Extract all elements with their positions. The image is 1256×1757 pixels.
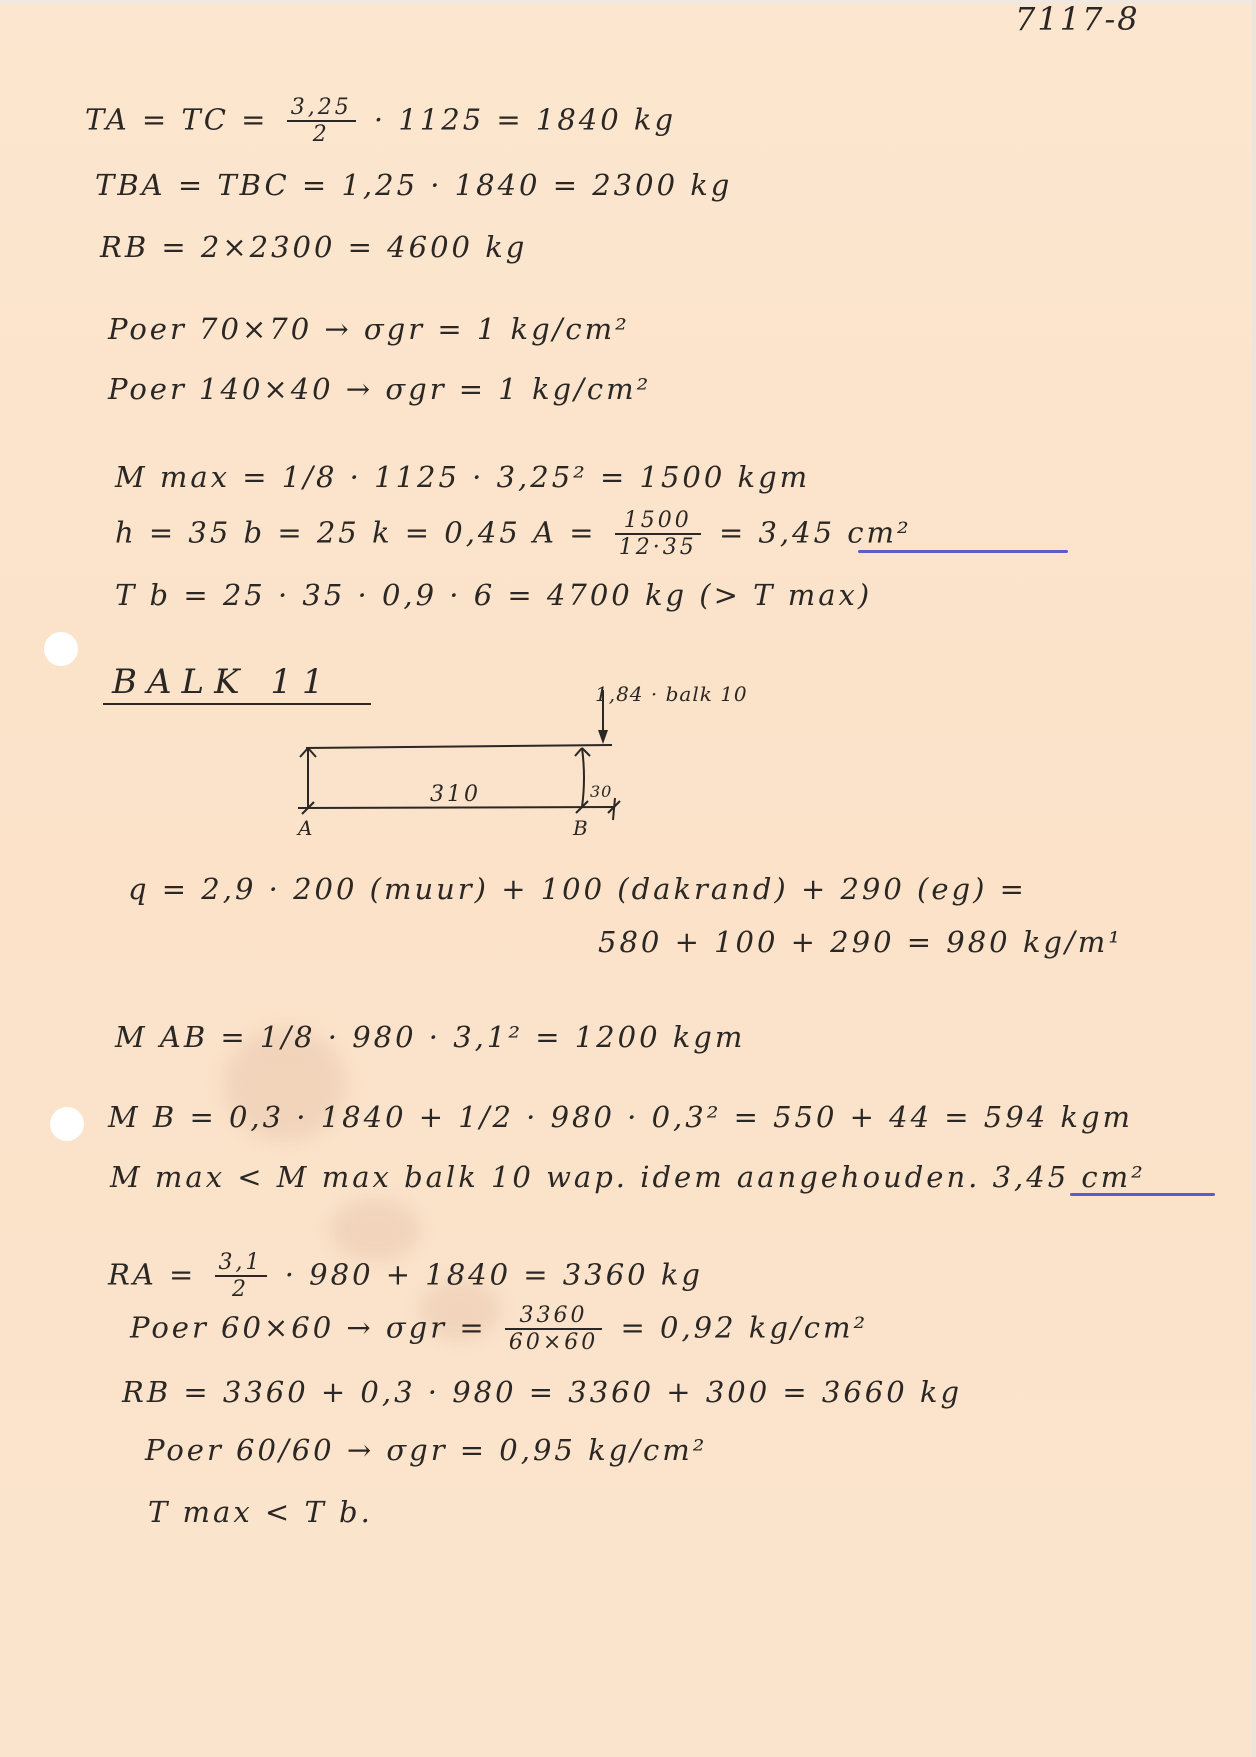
rhs: · 1125 = 1840 kg <box>374 102 676 136</box>
lhs: h = 35 b = 25 k = 0,45 A = <box>115 515 597 549</box>
calc-line-q-sum: 580 + 100 + 290 = 980 kg/m¹ <box>598 925 1123 959</box>
lhs: TA = TC = <box>85 102 268 136</box>
fraction-denominator: 2 <box>215 1277 267 1302</box>
fraction-denominator: 12·35 <box>615 535 701 560</box>
fraction-numerator: 1500 <box>615 508 701 535</box>
note-text: M max < M max balk 10 wap. idem aangehou… <box>110 1160 980 1194</box>
calc-line-ta-tc: TA = TC = 3,25 2 · 1125 = 1840 kg <box>85 95 676 148</box>
load-label: 1,84 · balk 10 <box>595 682 748 706</box>
punch-hole <box>50 1107 84 1141</box>
calc-line-poer-70: Poer 70×70 → σgr = 1 kg/cm² <box>108 312 630 346</box>
calc-line-m-b: M B = 0,3 · 1840 + 1/2 · 980 · 0,3² = 55… <box>108 1100 1133 1134</box>
paper-sheet: 7117-8 TA = TC = 3,25 2 · 1125 = 1840 kg… <box>0 0 1255 1757</box>
rhs: = 0,92 kg/cm² <box>620 1310 868 1344</box>
fraction: 3,1 2 <box>215 1250 267 1303</box>
calc-line-m-ab: M AB = 1/8 · 980 · 3,1² = 1200 kgm <box>115 1020 745 1054</box>
calc-line-q: q = 2,9 · 200 (muur) + 100 (dakrand) + 2… <box>128 872 1027 906</box>
reinforcement-value: 3,45 cm² <box>993 1160 1146 1194</box>
calc-line-poer-60-b: Poer 60/60 → σgr = 0,95 kg/cm² <box>145 1433 707 1467</box>
calc-line-tba-tbc: TBA = TBC = 1,25 · 1840 = 2300 kg <box>95 168 732 202</box>
calc-line-ra: RA = 3,1 2 · 980 + 1840 = 3360 kg <box>108 1250 703 1303</box>
span-label: 310 <box>430 782 481 807</box>
calc-line-m-max: M max = 1/8 · 1125 · 3,25² = 1500 kgm <box>115 460 810 494</box>
support-b-label: B <box>573 816 591 840</box>
overhang-label: 30 <box>590 782 612 801</box>
calc-line-t-b: T b = 25 · 35 · 0,9 · 6 = 4700 kg (> T m… <box>115 578 872 612</box>
fraction: 3360 60×60 <box>505 1303 602 1356</box>
calc-line-t-max: T max < T b. <box>148 1495 373 1529</box>
blue-underline <box>1070 1193 1215 1196</box>
lhs: Poer 60×60 → σgr = <box>130 1310 487 1344</box>
lhs: RA = <box>108 1257 196 1291</box>
calc-line-dimensions: h = 35 b = 25 k = 0,45 A = 1500 12·35 = … <box>115 508 912 561</box>
calc-line-poer-140: Poer 140×40 → σgr = 1 kg/cm² <box>108 372 651 406</box>
rhs: = 3,45 cm² <box>719 515 912 549</box>
calc-line-rb-2: RB = 3360 + 0,3 · 980 = 3360 + 300 = 366… <box>122 1375 962 1409</box>
calc-line-m-max-note: M max < M max balk 10 wap. idem aangehou… <box>110 1160 1146 1194</box>
fraction-numerator: 3,25 <box>287 95 356 122</box>
fraction: 1500 12·35 <box>615 508 701 561</box>
reference-number: 7117-8 <box>1015 0 1140 38</box>
fraction-denominator: 60×60 <box>505 1330 602 1355</box>
rhs: · 980 + 1840 = 3360 kg <box>285 1257 703 1291</box>
support-a-label: A <box>298 816 315 840</box>
fraction-numerator: 3,1 <box>215 1250 267 1277</box>
fraction-numerator: 3360 <box>505 1303 602 1330</box>
calc-line-poer-60-a: Poer 60×60 → σgr = 3360 60×60 = 0,92 kg/… <box>130 1303 868 1356</box>
punch-hole <box>44 632 78 666</box>
blue-underline <box>858 550 1068 553</box>
beam-diagram: 1,84 · balk 10 310 30 A B <box>290 690 630 850</box>
fraction: 3,25 2 <box>287 95 356 148</box>
calc-line-rb: RB = 2×2300 = 4600 kg <box>100 230 527 264</box>
fraction-denominator: 2 <box>287 122 356 147</box>
